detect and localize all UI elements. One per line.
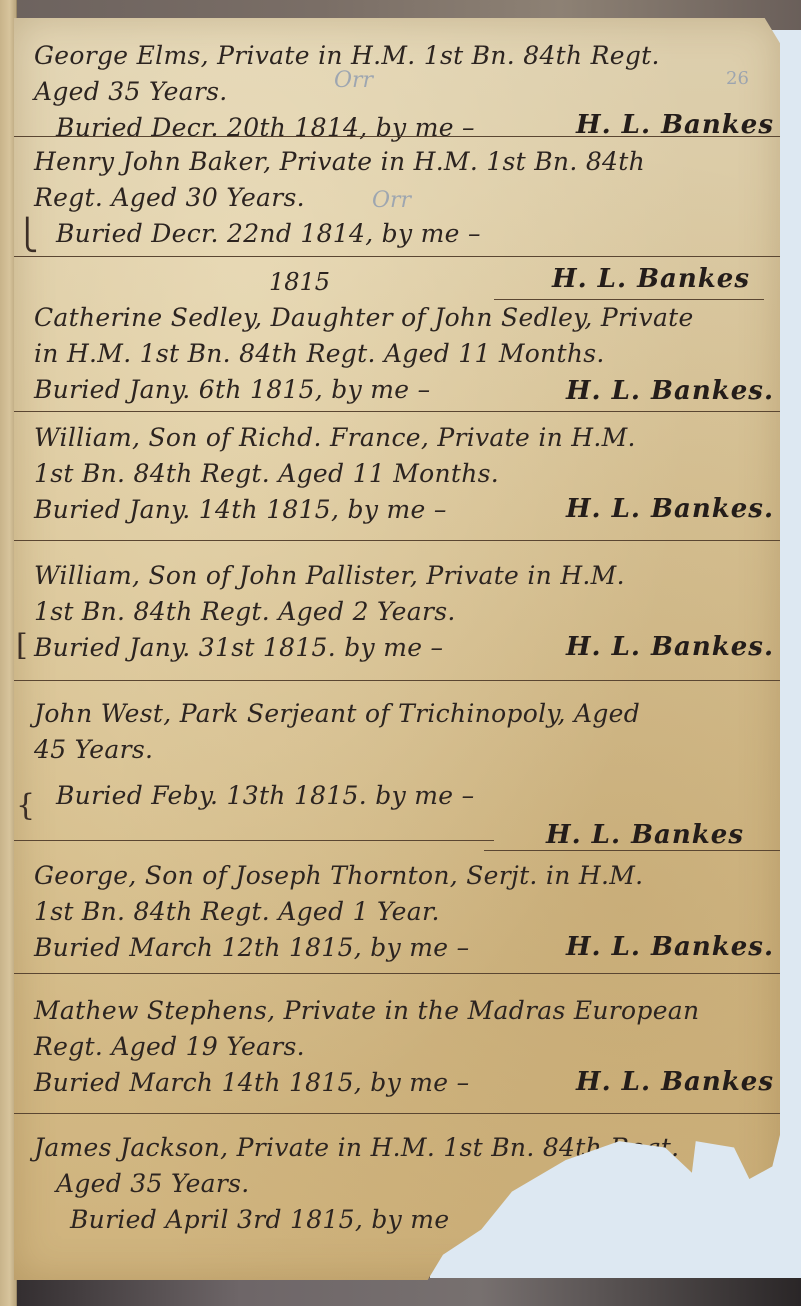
- margin-bracket: [: [16, 628, 28, 663]
- entry-name-line: George, Son of Joseph Thornton, Serjt. i…: [34, 858, 774, 894]
- entry-age-line: in H.M. 1st Bn. 84th Regt. Aged 11 Month…: [34, 336, 774, 372]
- entry-age-line: Regt. Aged 30 Years.: [34, 180, 774, 216]
- officiant-signature: H. L. Bankes.: [566, 494, 774, 524]
- entry-divider: [14, 840, 494, 841]
- entry-age-line: Regt. Aged 19 Years.: [34, 1029, 774, 1065]
- entry-age-line: 1st Bn. 84th Regt. Aged 2 Years.: [34, 594, 774, 630]
- entry-name-line: George Elms, Private in H.M. 1st Bn. 84t…: [34, 38, 774, 74]
- entry-name-line: William, Son of Richd. France, Private i…: [34, 420, 774, 456]
- signature-underline: [484, 850, 780, 851]
- entry-name-line: William, Son of John Pallister, Private …: [34, 558, 774, 594]
- entry-divider: [14, 680, 780, 681]
- entry-name-line: Henry John Baker, Private in H.M. 1st Bn…: [34, 144, 774, 180]
- burial-entry: William, Son of John Pallister, Private …: [34, 558, 774, 666]
- entry-divider: [14, 540, 780, 541]
- entry-name-line: John West, Park Serjeant of Trichinopoly…: [34, 696, 774, 732]
- burial-entry: Henry John Baker, Private in H.M. 1st Bn…: [34, 144, 774, 252]
- entry-age-line: 45 Years.: [34, 732, 774, 768]
- margin-bracket: {: [16, 788, 35, 823]
- entry-name-line: Mathew Stephens, Private in the Madras E…: [34, 993, 774, 1029]
- burial-entry: George Elms, Private in H.M. 1st Bn. 84t…: [34, 38, 774, 146]
- officiant-signature: H. L. Bankes.: [566, 932, 774, 962]
- entry-burial-line: Buried Feby. 13th 1815. by me –: [34, 778, 774, 814]
- officiant-signature: H. L. Bankes.: [566, 632, 774, 662]
- burial-entry: William, Son of Richd. France, Private i…: [34, 420, 774, 528]
- entry-divider: [14, 411, 780, 412]
- entry-divider: [14, 973, 780, 974]
- burial-entry: George, Son of Joseph Thornton, Serjt. i…: [34, 858, 774, 966]
- officiant-signature: H. L. Bankes: [552, 264, 750, 294]
- entry-divider: [14, 1113, 780, 1114]
- entry-burial-line: Buried Decr. 22nd 1814, by me –: [34, 216, 774, 252]
- year-heading: 1815: [269, 268, 330, 296]
- officiant-signature: H. L. Bankes: [546, 820, 744, 850]
- burial-entry: John West, Park Serjeant of Trichinopoly…: [34, 696, 774, 814]
- burial-entry: Catherine Sedley, Daughter of John Sedle…: [34, 300, 774, 408]
- register-page: 26 Orr Orr George Elms, Private in H.M. …: [14, 18, 780, 1280]
- entry-name-line: Catherine Sedley, Daughter of John Sedle…: [34, 300, 774, 336]
- entry-divider: [14, 136, 780, 137]
- backdrop-bottom: [0, 1278, 801, 1306]
- entry-divider: [14, 256, 780, 257]
- officiant-signature: H. L. Bankes.: [566, 376, 774, 406]
- officiant-signature: H. L. Bankes: [576, 1067, 774, 1097]
- burial-entry: Mathew Stephens, Private in the Madras E…: [34, 993, 774, 1101]
- entry-age-line: 1st Bn. 84th Regt. Aged 1 Year.: [34, 894, 774, 930]
- margin-bracket: ⎩: [16, 218, 39, 253]
- entry-age-line: Aged 35 Years.: [34, 74, 774, 110]
- entry-age-line: 1st Bn. 84th Regt. Aged 11 Months.: [34, 456, 774, 492]
